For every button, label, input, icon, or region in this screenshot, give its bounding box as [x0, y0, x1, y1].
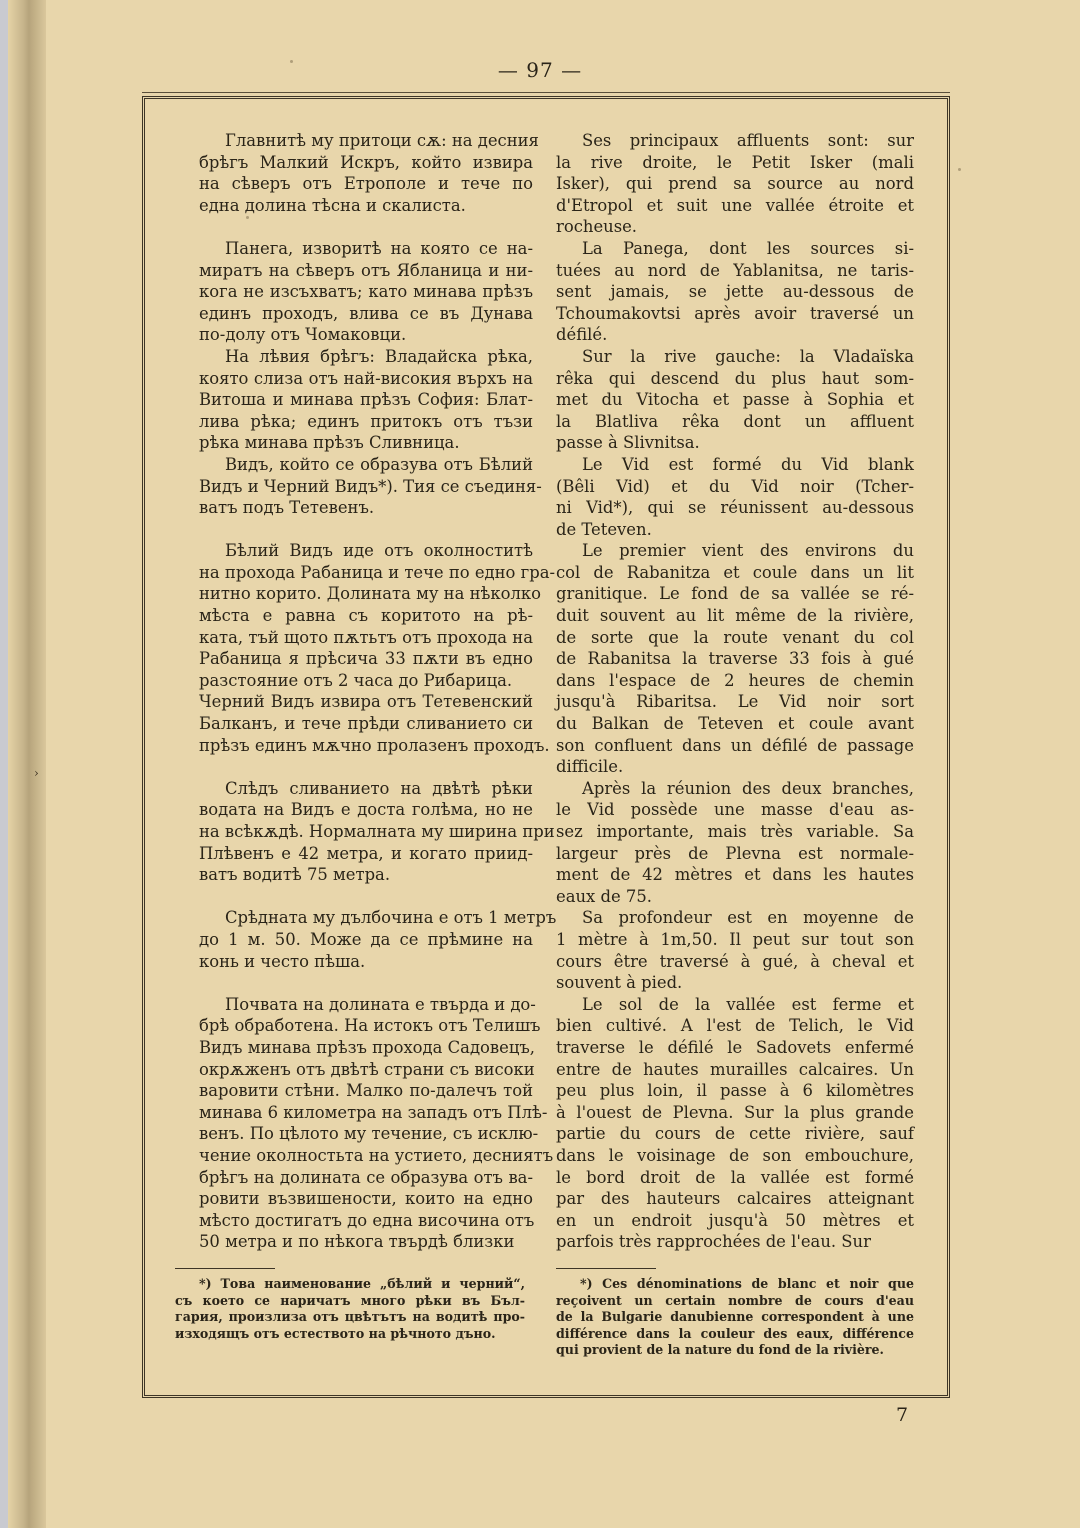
text-line: ровити възвишености, които на едно: [199, 1188, 533, 1210]
text-line: de sorte que la route venant du col: [556, 627, 914, 649]
text-line: Почвата на долината е твърда и до-: [199, 994, 533, 1016]
text-line: dans le voisinage de son embouchure,: [556, 1145, 914, 1167]
text-line: една долина тѣсна и скалиста.: [199, 195, 533, 217]
margin-mark: ›: [34, 766, 39, 780]
text-line: на всѣкѫдѣ. Нормалната му ширина при: [199, 821, 533, 843]
text-line: 50 метра и по нѣкога твърдѣ близки: [199, 1231, 533, 1253]
text-line: единъ проходъ, влива се въ Дунава: [199, 303, 533, 325]
paragraph-gap: [199, 886, 533, 908]
text-line: чение околностьта на устието, десниятъ: [199, 1145, 533, 1167]
text-line: de Teteven.: [556, 519, 914, 541]
text-line: ката, тъй щото пѫтьтъ отъ прохода на: [199, 627, 533, 649]
footnote-bulgarian: *) Това наименование „бѣлий и черний“,съ…: [175, 1276, 525, 1342]
text-line: минава 6 километра на западъ отъ Плѣ-: [199, 1102, 533, 1124]
paragraph-gap: [199, 519, 533, 541]
text-line: dans l'espace de 2 heures de chemin: [556, 670, 914, 692]
text-line: à l'ouest de Plevna. Sur la plus grande: [556, 1102, 914, 1124]
footnote-line: reçoivent un certain nombre de cours d'e…: [556, 1293, 914, 1310]
printer-signature-mark: 7: [896, 1404, 908, 1426]
text-line: Главнитѣ му притоци сѫ: на десния: [199, 130, 533, 152]
text-line: на сѣверъ отъ Етрополе и тече по: [199, 173, 533, 195]
footnote-rule-left: [175, 1268, 275, 1269]
text-line: parfois très rapprochées de l'eau. Sur: [556, 1231, 914, 1253]
bulgarian-text-column: Главнитѣ му притоци сѫ: на десниябрѣгъ М…: [199, 130, 533, 1253]
text-line: son confluent dans un défilé de passage: [556, 735, 914, 757]
text-line: Ses principaux affluents sont: sur: [556, 130, 914, 152]
text-line: Après la réunion des deux branches,: [556, 778, 914, 800]
text-line: прѣзъ единъ мѫчно пролазенъ проходъ.: [199, 735, 533, 757]
text-line: окрѫженъ отъ двѣтѣ страни съ високи: [199, 1059, 533, 1081]
footnote-line: *) Ces dénominations de blanc et noir qu…: [556, 1276, 914, 1293]
text-line: de Rabanitsa la traverse 33 fois à gué: [556, 648, 914, 670]
paper-speck: [246, 216, 249, 219]
text-line: ni Vid*), qui se réunissent au-dessous: [556, 497, 914, 519]
text-line: ватъ водитѣ 75 метра.: [199, 864, 533, 886]
text-line: rêka qui descend du plus haut som-: [556, 368, 914, 390]
paragraph-gap: [199, 972, 533, 994]
text-line: брѣгъ Малкий Искръ, който извира: [199, 152, 533, 174]
text-line: варовити стѣни. Малко по-далечъ той: [199, 1080, 533, 1102]
paper-speck: [290, 60, 293, 63]
text-line: en un endroit jusqu'à 50 mètres et: [556, 1210, 914, 1232]
text-line: largeur près de Plevna est normale-: [556, 843, 914, 865]
text-line: d'Etropol et suit une vallée étroite et: [556, 195, 914, 217]
text-line: Витоша и минава прѣзъ София: Блат-: [199, 389, 533, 411]
text-line: Le sol de la vallée est ferme et: [556, 994, 914, 1016]
footnote-line: изходящъ отъ естеството на рѣчното дъно.: [175, 1326, 525, 1343]
text-line: Черний Видъ извира отъ Тетевенский: [199, 691, 533, 713]
text-line: Бѣлий Видъ иде отъ околноститѣ: [199, 540, 533, 562]
text-line: partie du cours de cette rivière, sauf: [556, 1123, 914, 1145]
text-line: jusqu'à Ribaritsa. Le Vid noir sort: [556, 691, 914, 713]
text-line: granitique. Le fond de sa vallée se ré-: [556, 583, 914, 605]
text-line: Видъ и Черний Видъ*). Тия се съединя-: [199, 476, 533, 498]
text-line: Срѣдната му дълбочина е отъ 1 метръ: [199, 907, 533, 929]
text-line: Видъ, който се образува отъ Бѣлий: [199, 454, 533, 476]
text-line: par des hauteurs calcaires atteignant: [556, 1188, 914, 1210]
text-line: на прохода Рабаница и тече по едно гра-: [199, 562, 533, 584]
text-line: разстояние отъ 2 часа до Рибарица.: [199, 670, 533, 692]
text-line: difficile.: [556, 756, 914, 778]
text-line: Isker), qui prend sa source au nord: [556, 173, 914, 195]
text-line: мѣсто достигатъ до една височина отъ: [199, 1210, 533, 1232]
text-line: (Bêli Vid) et du Vid noir (Tcher-: [556, 476, 914, 498]
text-line: мѣста е равна съ коритото на рѣ-: [199, 605, 533, 627]
text-line: eaux de 75.: [556, 886, 914, 908]
text-line: Tchoumakovtsi après avoir traversé un: [556, 303, 914, 325]
text-line: du Balkan de Teteven et coule avant: [556, 713, 914, 735]
text-line: Рабаница я прѣсича 33 пѫти въ едно: [199, 648, 533, 670]
text-line: На лѣвия брѣгъ: Владайска рѣка,: [199, 346, 533, 368]
text-line: брѣ обработена. На истокъ отъ Телишъ: [199, 1015, 533, 1037]
text-line: по-долу отъ Чомаковци.: [199, 324, 533, 346]
text-line: sez importante, mais très variable. Sa: [556, 821, 914, 843]
text-line: ment de 42 mètres et dans les hautes: [556, 864, 914, 886]
footnote-line: гария, произлиза отъ цвѣтътъ на водитѣ п…: [175, 1309, 525, 1326]
text-line: ватъ подъ Тетевенъ.: [199, 497, 533, 519]
text-line: 1 mètre à 1m,50. Il peut sur tout son: [556, 929, 914, 951]
text-line: col de Rabanitza et coule dans un lit: [556, 562, 914, 584]
text-line: конь и често пѣша.: [199, 951, 533, 973]
text-line: cours être traversé à gué, à cheval et: [556, 951, 914, 973]
book-spine-shadow: [8, 0, 46, 1528]
text-line: rocheuse.: [556, 216, 914, 238]
french-text-column: Ses principaux affluents sont: surla riv…: [556, 130, 914, 1253]
footnote-line: de la Bulgarie danubienne correspondent …: [556, 1309, 914, 1326]
text-line: Слѣдъ сливанието на двѣтѣ рѣки: [199, 778, 533, 800]
text-line: la rive droite, le Petit Isker (mali: [556, 152, 914, 174]
footnote-line: qui provient de la nature du fond de la …: [556, 1342, 914, 1359]
text-line: миратъ на сѣверъ отъ Ябланица и ни-: [199, 260, 533, 282]
text-line: Плѣвенъ е 42 метра, и когато приид-: [199, 843, 533, 865]
text-line: венъ. По цѣлото му течение, съ исклю-: [199, 1123, 533, 1145]
text-line: до 1 м. 50. Може да се прѣмине на: [199, 929, 533, 951]
text-line: кога не изсъхватъ; като минава прѣзъ: [199, 281, 533, 303]
text-line: le bord droit de la vallée est formé: [556, 1167, 914, 1189]
page-number-header: — 97 —: [0, 58, 1080, 82]
text-line: bien cultivé. A l'est de Telich, le Vid: [556, 1015, 914, 1037]
footnote-line: съ което се наричатъ много рѣки въ Бъл-: [175, 1293, 525, 1310]
text-line: met du Vitocha et passe à Sophia et: [556, 389, 914, 411]
footnote-french: *) Ces dénominations de blanc et noir qu…: [556, 1276, 914, 1359]
frame-top-rule: [142, 92, 950, 93]
text-line: La Panega, dont les sources si-: [556, 238, 914, 260]
text-line: peu plus loin, il passe à 6 kilomètres: [556, 1080, 914, 1102]
text-line: брѣгъ на долината се образува отъ ва-: [199, 1167, 533, 1189]
text-line: défilé.: [556, 324, 914, 346]
text-line: която слиза отъ най-високия върхъ на: [199, 368, 533, 390]
text-line: рѣка минава прѣзъ Сливница.: [199, 432, 533, 454]
footnote-line: *) Това наименование „бѣлий и черний“,: [175, 1276, 525, 1293]
text-line: лива рѣка; единъ притокъ отъ тъзи: [199, 411, 533, 433]
text-line: Le Vid est formé du Vid blank: [556, 454, 914, 476]
text-line: duit souvent au lit même de la rivière,: [556, 605, 914, 627]
text-line: нитно корито. Долината му на нѣколко: [199, 583, 533, 605]
text-line: le Vid possède une masse d'eau as-: [556, 799, 914, 821]
paper-speck: [958, 168, 961, 171]
text-line: Sur la rive gauche: la Vladaïska: [556, 346, 914, 368]
text-line: entre de hautes murailles calcaires. Un: [556, 1059, 914, 1081]
paragraph-gap: [199, 216, 533, 238]
text-line: souvent à pied.: [556, 972, 914, 994]
text-line: sent jamais, se jette au-dessous de: [556, 281, 914, 303]
footnote-rule-right: [556, 1268, 656, 1269]
text-line: la Blatliva rêka dont un affluent: [556, 411, 914, 433]
text-line: Le premier vient des environs du: [556, 540, 914, 562]
text-line: Sa profondeur est en moyenne de: [556, 907, 914, 929]
paragraph-gap: [199, 756, 533, 778]
text-line: tuées au nord de Yablanitsa, ne taris-: [556, 260, 914, 282]
text-line: Балканъ, и тече прѣди сливанието си: [199, 713, 533, 735]
text-line: Панега, изворитѣ на която се на-: [199, 238, 533, 260]
text-line: водата на Видъ е доста голѣма, но не: [199, 799, 533, 821]
text-line: traverse le défilé le Sadovets enfermé: [556, 1037, 914, 1059]
text-line: Видъ минава прѣзъ прохода Садовецъ,: [199, 1037, 533, 1059]
scanner-edge: [0, 0, 8, 1528]
text-line: passe à Slivnitsa.: [556, 432, 914, 454]
footnote-line: différence dans la couleur des eaux, dif…: [556, 1326, 914, 1343]
